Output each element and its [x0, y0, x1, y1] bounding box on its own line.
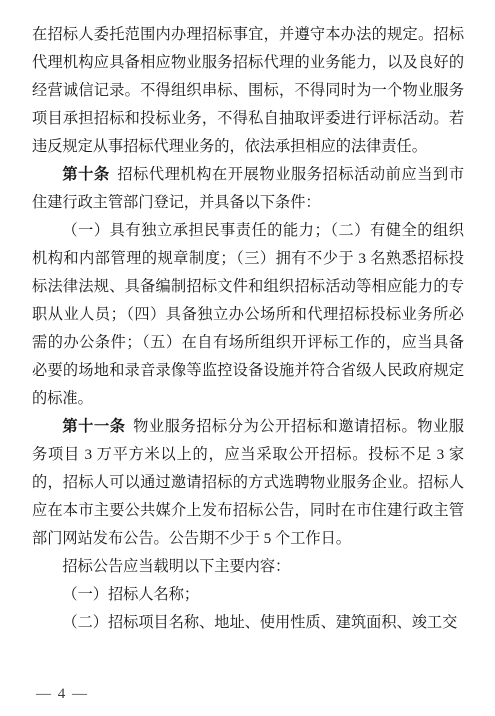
paragraph-text: （一）招标人名称；	[62, 586, 199, 603]
paragraph-announcement-item-1: （一）招标人名称；	[32, 581, 464, 609]
article-11-heading: 第十一条	[62, 418, 133, 435]
paragraph-text: （二）招标项目名称、地址、使用性质、建筑面积、竣工交	[62, 614, 457, 631]
paragraph-article-10: 第十条招标代理机构在开展物业服务招标活动前应当到市住建行政主管部门登记，并具备以…	[32, 161, 464, 217]
paragraph-article-11: 第十一条物业服务招标分为公开招标和邀请招标。物业服务项目 3 万平方米以上的，应…	[32, 413, 464, 553]
paragraph-text: 物业服务招标分为公开招标和邀请招标。物业服务项目 3 万平方米以上的，应当采取公…	[32, 418, 464, 547]
paragraph-intro-continuation: 在招标人委托范围内办理招标事宜，并遵守本办法的规定。招标代理机构应具备相应物业服…	[32, 21, 464, 161]
paragraph-text: 招标公告应当载明以下主要内容：	[62, 558, 290, 575]
paragraph-announcement-item-2: （二）招标项目名称、地址、使用性质、建筑面积、竣工交	[32, 609, 464, 637]
paragraph-announcement-lead: 招标公告应当载明以下主要内容：	[32, 553, 464, 581]
article-10-heading: 第十条	[62, 166, 117, 183]
paragraph-text: （一）具有独立承担民事责任的能力；（二）有健全的组织机构和内部管理的规章制度；（…	[32, 222, 464, 407]
paragraph-article-10-conditions: （一）具有独立承担民事责任的能力；（二）有健全的组织机构和内部管理的规章制度；（…	[32, 217, 464, 413]
document-page: 在招标人委托范围内办理招标事宜，并遵守本办法的规定。招标代理机构应具备相应物业服…	[0, 0, 495, 716]
document-body: 在招标人委托范围内办理招标事宜，并遵守本办法的规定。招标代理机构应具备相应物业服…	[32, 21, 464, 637]
page-number: — 4 —	[36, 684, 89, 704]
paragraph-text: 在招标人委托范围内办理招标事宜，并遵守本办法的规定。招标代理机构应具备相应物业服…	[32, 26, 464, 155]
